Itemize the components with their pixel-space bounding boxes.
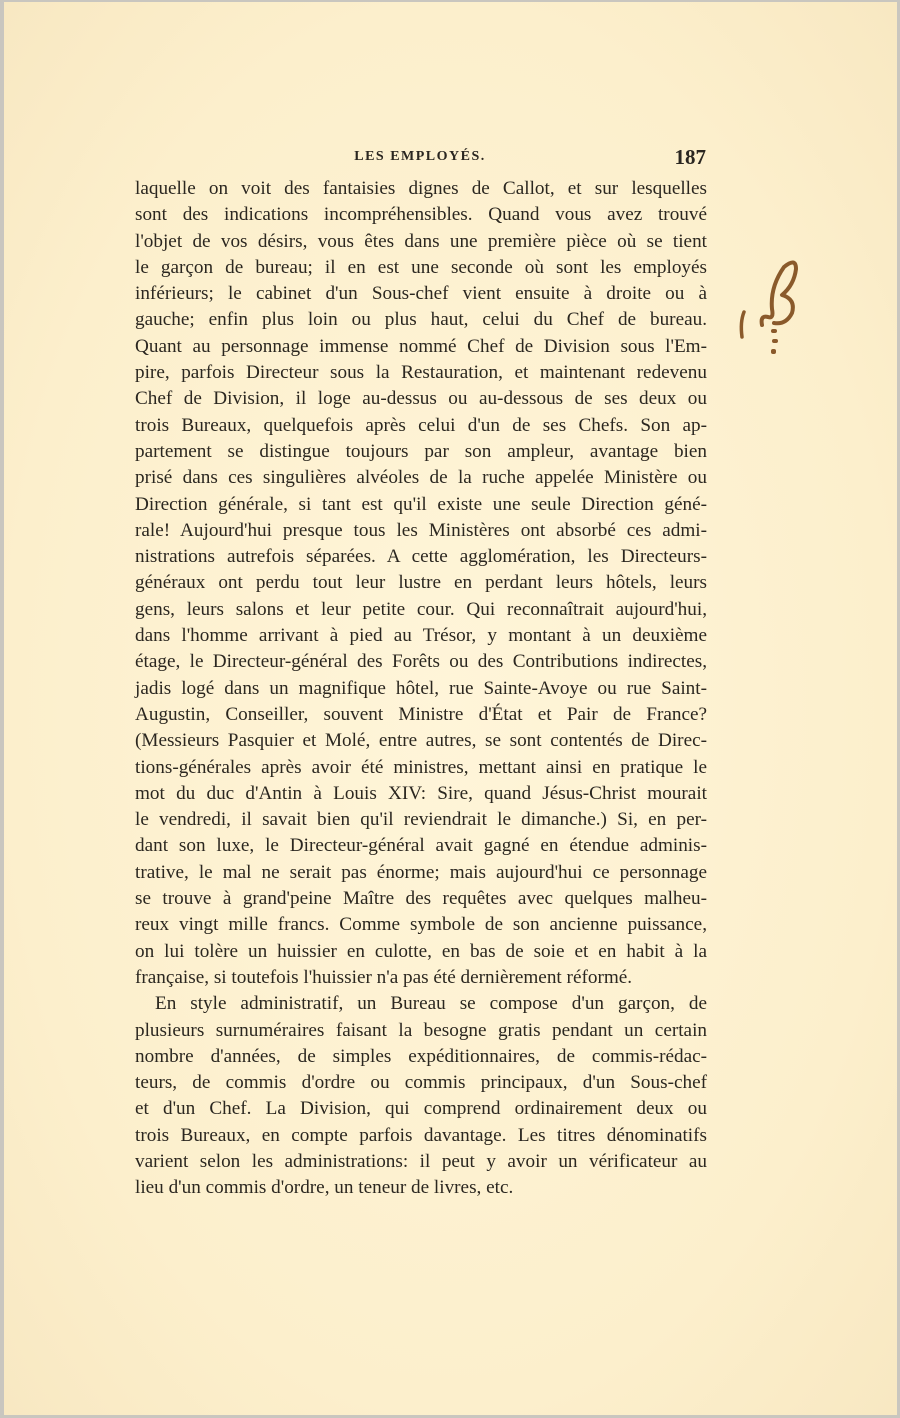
text-line: En style administratif, un Bureau se com…	[135, 991, 707, 1017]
text-line: jadis logé dans un magnifique hôtel, rue…	[135, 676, 707, 702]
text-line: nistrations autrefois séparées. A cette …	[135, 544, 707, 570]
text-line: rale! Aujourd'hui presque tous les Minis…	[135, 518, 707, 544]
text-line: Quant au personnage immense nommé Chef d…	[135, 334, 707, 360]
text-line: généraux ont perdu tout leur lustre en p…	[135, 570, 707, 596]
text-line: le vendredi, il savait bien qu'il revien…	[135, 807, 707, 833]
text-line: se trouve à grand'peine Maître des requê…	[135, 886, 707, 912]
text-line: Augustin, Conseiller, souvent Ministre d…	[135, 702, 707, 728]
text-line: le garçon de bureau; il en est une secon…	[135, 255, 707, 281]
text-line: gauche; enfin plus loin ou plus haut, ce…	[135, 307, 707, 333]
running-head: LES EMPLOYÉS.	[134, 149, 706, 165]
page-number: 187	[675, 145, 707, 170]
text-line: varient selon les administrations: il pe…	[135, 1149, 707, 1175]
text-line: plusieurs surnuméraires faisant la besog…	[135, 1018, 707, 1044]
text-line: trois Bureaux, en compte parfois davanta…	[135, 1123, 707, 1149]
book-page: LES EMPLOYÉS. 187 laquelle on voit des f…	[4, 2, 897, 1415]
text-line: sont des indications incompréhensibles. …	[135, 202, 707, 228]
text-line: nombre d'années, de simples expéditionna…	[135, 1044, 707, 1070]
text-line: dant son luxe, le Directeur-général avai…	[135, 833, 707, 859]
text-line: reux vingt mille francs. Comme symbole d…	[135, 912, 707, 938]
text-line: mot du duc d'Antin à Louis XIV: Sire, qu…	[135, 781, 707, 807]
text-line: étage, le Directeur-général des Forêts o…	[135, 649, 707, 675]
text-line: trois Bureaux, quelquefois après celui d…	[135, 413, 707, 439]
text-line: teurs, de commis d'ordre ou commis princ…	[135, 1070, 707, 1096]
text-line: tions-générales après avoir été ministre…	[135, 755, 707, 781]
text-line: et d'un Chef. La Division, qui comprend …	[135, 1096, 707, 1122]
text-line: (Messieurs Pasquier et Molé, entre autre…	[135, 728, 707, 754]
text-line: Chef de Division, il loge au-dessus ou a…	[135, 386, 707, 412]
text-line: partement se distingue toujours par son …	[135, 439, 707, 465]
text-line: l'objet de vos désirs, vous êtes dans un…	[135, 229, 707, 255]
body-text: laquelle on voit des fantaisies dignes d…	[135, 176, 707, 1202]
proofreader-mark-icon	[734, 257, 834, 367]
page-header: LES EMPLOYÉS. 187	[134, 145, 706, 169]
text-line: gens, leurs salons et leur petite cour. …	[135, 597, 707, 623]
text-line: dans l'homme arrivant à pied au Trésor, …	[135, 623, 707, 649]
text-line: laquelle on voit des fantaisies dignes d…	[135, 176, 707, 202]
text-line: Direction générale, si tant est qu'il ex…	[135, 492, 707, 518]
text-line: inférieurs; le cabinet d'un Sous-chef vi…	[135, 281, 707, 307]
text-line: trative, le mal ne serait pas énorme; ma…	[135, 860, 707, 886]
text-line: pire, parfois Directeur sous la Restaura…	[135, 360, 707, 386]
text-line: française, si toutefois l'huissier n'a p…	[135, 965, 707, 991]
text-line: lieu d'un commis d'ordre, un teneur de l…	[135, 1175, 707, 1201]
text-line: prisé dans ces singulières alvéoles de l…	[135, 465, 707, 491]
handwritten-margin-annotation	[734, 257, 834, 367]
text-line: on lui tolère un huissier en culotte, en…	[135, 939, 707, 965]
